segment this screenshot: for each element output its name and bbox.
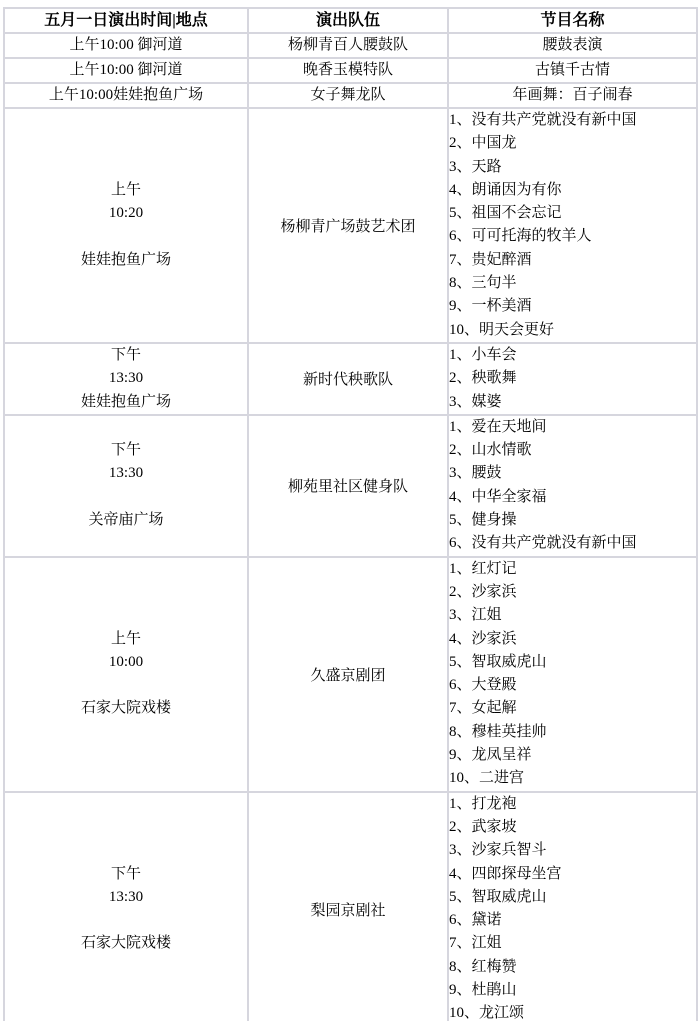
program-item: 6、大登殿 [449, 674, 696, 697]
time-location-cell: 下午 13:30 石家大院戏楼 [4, 792, 248, 1021]
table-row: 上午 10:00 石家大院戏楼 久盛京剧团 1、红灯记 2、沙家浜 3、江姐 4… [4, 557, 697, 792]
program-item: 3、腰鼓 [449, 462, 696, 485]
program-item: 9、杜鹃山 [449, 979, 696, 1002]
column-header-program: 节目名称 [448, 8, 697, 33]
program-item: 3、天路 [449, 156, 696, 179]
table-row: 上午 10:20 娃娃抱鱼广场 杨柳青广场鼓艺术团 1、没有共产党就没有新中国 … [4, 108, 697, 343]
program-item: 1、没有共产党就没有新中国 [449, 109, 696, 132]
table-row: 下午 13:30 石家大院戏楼 梨园京剧社 1、打龙袍 2、武家坡 3、沙家兵智… [4, 792, 697, 1021]
period-label: 上午 [5, 179, 247, 202]
program-list-cell: 1、打龙袍 2、武家坡 3、沙家兵智斗 4、四郎探母坐宫 5、智取威虎山 6、黛… [448, 792, 697, 1021]
program-item: 1、小车会 [449, 344, 696, 367]
program-list-cell: 1、小车会 2、秧歌舞 3、媒婆 [448, 343, 697, 415]
program-item: 1、打龙袍 [449, 793, 696, 816]
program-item: 3、媒婆 [449, 391, 696, 414]
time-location-cell: 下午 13:30 关帝庙广场 [4, 415, 248, 557]
period-label: 上午 [5, 628, 247, 651]
performance-schedule-table: 五月一日演出时间|地点 演出队伍 节目名称 上午10:00 御河道 杨柳青百人腰… [3, 7, 698, 1021]
venue-label: 娃娃抱鱼广场 [5, 249, 247, 272]
program-item: 4、沙家浜 [449, 628, 696, 651]
spacer [5, 225, 247, 248]
program-item: 3、沙家兵智斗 [449, 839, 696, 862]
time-location-cell: 下午 13:30 娃娃抱鱼广场 [4, 343, 248, 415]
column-header-team: 演出队伍 [248, 8, 448, 33]
program-item: 4、朗诵因为有你 [449, 179, 696, 202]
venue-label: 石家大院戏楼 [5, 697, 247, 720]
program-cell: 古镇千古情 [448, 58, 697, 83]
program-item: 1、爱在天地间 [449, 416, 696, 439]
program-list-cell: 1、红灯记 2、沙家浜 3、江姐 4、沙家浜 5、智取威虎山 6、大登殿 7、女… [448, 557, 697, 792]
table-row: 上午10:00 御河道 晚香玉模特队 古镇千古情 [4, 58, 697, 83]
program-item: 8、红梅赞 [449, 956, 696, 979]
header-row: 五月一日演出时间|地点 演出队伍 节目名称 [4, 8, 697, 33]
program-item: 7、江姐 [449, 932, 696, 955]
table-row: 下午 13:30 关帝庙广场 柳苑里社区健身队 1、爱在天地间 2、山水情歌 3… [4, 415, 697, 557]
time-location-cell: 上午 10:20 娃娃抱鱼广场 [4, 108, 248, 343]
program-item: 6、黛诺 [449, 909, 696, 932]
program-item: 9、一杯美酒 [449, 295, 696, 318]
time-label: 10:20 [5, 202, 247, 225]
program-item: 3、江姐 [449, 604, 696, 627]
program-item: 10、龙江颂 [449, 1002, 696, 1021]
time-location-cell: 上午10:00 御河道 [4, 33, 248, 58]
team-cell: 梨园京剧社 [248, 792, 448, 1021]
column-header-time-location: 五月一日演出时间|地点 [4, 8, 248, 33]
program-list-cell: 1、没有共产党就没有新中国 2、中国龙 3、天路 4、朗诵因为有你 5、祖国不会… [448, 108, 697, 343]
program-cell: 腰鼓表演 [448, 33, 697, 58]
program-item: 1、红灯记 [449, 558, 696, 581]
venue-label: 石家大院戏楼 [5, 932, 247, 955]
program-item: 4、四郎探母坐宫 [449, 863, 696, 886]
venue-label: 娃娃抱鱼广场 [5, 391, 247, 414]
team-cell: 女子舞龙队 [248, 83, 448, 108]
venue-label: 关帝庙广场 [5, 509, 247, 532]
program-item: 2、武家坡 [449, 816, 696, 839]
program-list-cell: 1、爱在天地间 2、山水情歌 3、腰鼓 4、中华全家福 5、健身操 6、没有共产… [448, 415, 697, 557]
program-item: 2、山水情歌 [449, 439, 696, 462]
page: 五月一日演出时间|地点 演出队伍 节目名称 上午10:00 御河道 杨柳青百人腰… [0, 0, 700, 1021]
time-label: 13:30 [5, 462, 247, 485]
team-cell: 杨柳青百人腰鼓队 [248, 33, 448, 58]
program-item: 7、贵妃醉酒 [449, 249, 696, 272]
time-location-cell: 上午10:00娃娃抱鱼广场 [4, 83, 248, 108]
program-item: 5、祖国不会忘记 [449, 202, 696, 225]
spacer [5, 909, 247, 932]
program-item: 2、秧歌舞 [449, 367, 696, 390]
team-cell: 杨柳青广场鼓艺术团 [248, 108, 448, 343]
program-item: 8、三句半 [449, 272, 696, 295]
program-item: 6、可可托海的牧羊人 [449, 225, 696, 248]
program-item: 6、没有共产党就没有新中国 [449, 532, 696, 555]
program-item: 7、女起解 [449, 697, 696, 720]
program-item: 9、龙凤呈祥 [449, 744, 696, 767]
program-item: 4、中华全家福 [449, 486, 696, 509]
table-row: 上午10:00娃娃抱鱼广场 女子舞龙队 年画舞：百子闹春 [4, 83, 697, 108]
period-label: 下午 [5, 344, 247, 367]
table-row: 下午 13:30 娃娃抱鱼广场 新时代秧歌队 1、小车会 2、秧歌舞 3、媒婆 [4, 343, 697, 415]
period-label: 下午 [5, 439, 247, 462]
spacer [5, 486, 247, 509]
team-cell: 柳苑里社区健身队 [248, 415, 448, 557]
time-label: 13:30 [5, 886, 247, 909]
team-cell: 久盛京剧团 [248, 557, 448, 792]
program-item: 5、智取威虎山 [449, 886, 696, 909]
time-label: 10:00 [5, 651, 247, 674]
program-item: 10、二进宫 [449, 767, 696, 790]
time-location-cell: 上午 10:00 石家大院戏楼 [4, 557, 248, 792]
spacer [5, 674, 247, 697]
program-cell: 年画舞：百子闹春 [448, 83, 697, 108]
time-location-cell: 上午10:00 御河道 [4, 58, 248, 83]
table-row: 上午10:00 御河道 杨柳青百人腰鼓队 腰鼓表演 [4, 33, 697, 58]
program-item: 5、智取威虎山 [449, 651, 696, 674]
program-item: 2、沙家浜 [449, 581, 696, 604]
time-label: 13:30 [5, 367, 247, 390]
program-item: 2、中国龙 [449, 132, 696, 155]
team-cell: 晚香玉模特队 [248, 58, 448, 83]
program-item: 10、明天会更好 [449, 319, 696, 342]
program-item: 5、健身操 [449, 509, 696, 532]
team-cell: 新时代秧歌队 [248, 343, 448, 415]
program-item: 8、穆桂英挂帅 [449, 721, 696, 744]
period-label: 下午 [5, 863, 247, 886]
